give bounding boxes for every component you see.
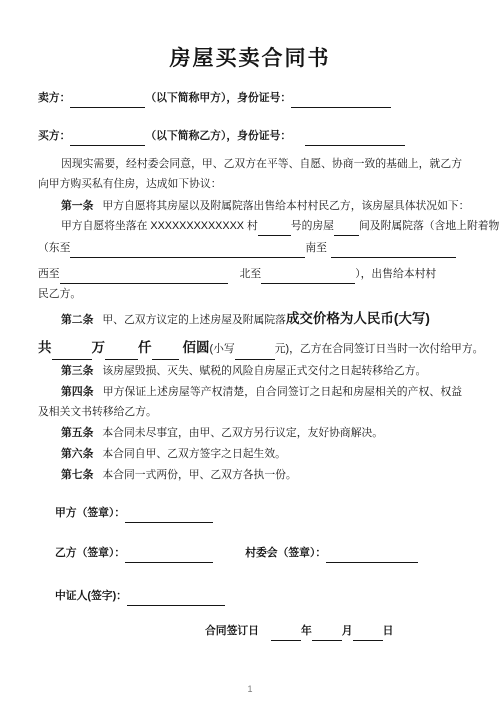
rooms-blank <box>334 224 359 236</box>
buyer-id-blank <box>305 134 405 146</box>
location-line: 甲方自愿将坐落在 XXXXXXXXXXXXX 村号的房屋间及附属院落（含地上附着… <box>38 216 462 236</box>
preamble: 因现实需要，经村委会同意，甲、乙双方在平等、自愿、协商一致的基础上，就乙方向甲方… <box>38 154 462 194</box>
party-b-signature-line: 乙方（签章）：村委会（签章）： <box>38 543 462 563</box>
boundary-east-south-line: （东至南至 <box>38 238 462 258</box>
article-2: 第二条甲、乙双方议定的上述房屋及附属院落成交价格为人民币(大写) <box>38 308 462 331</box>
amount-qian: 仟 <box>138 340 152 355</box>
party-b-signature-blank <box>125 551 213 563</box>
article-1-num: 第一条 <box>61 200 93 212</box>
east-blank <box>70 246 305 258</box>
article-1: 第一条甲方自愿将其房屋以及附属院落出售给本村村民乙方，该房屋具体状况如下： <box>38 196 462 216</box>
seller-name-blank <box>70 96 145 108</box>
article-3-num: 第三条 <box>61 365 93 377</box>
page-number: 1 <box>38 679 462 699</box>
boundary-tail: ），出售给本村村 <box>355 268 436 280</box>
article-5-num: 第五条 <box>61 427 93 439</box>
party-a-signature-blank <box>125 511 213 523</box>
south-blank <box>331 246 456 258</box>
witness-signature-blank <box>127 594 225 606</box>
buyer-name-blank <box>70 134 145 146</box>
location-pre: 甲方自愿将坐落在 XXXXXXXXXXXXX 村 <box>61 220 258 232</box>
wan-blank <box>52 348 92 360</box>
article-4-text: 甲方保证上述房屋等产权清楚，自合同签订之日起和房屋相关的产权、权益及相关文书转移… <box>38 386 462 418</box>
party-a-signature-line: 甲方（签章）： <box>38 503 462 523</box>
article-4-num: 第四条 <box>61 386 94 398</box>
day-label: 日 <box>383 625 394 637</box>
month-label: 月 <box>342 625 353 637</box>
seller-alias: （以下简称甲方），身份证号： <box>145 92 291 104</box>
party-a-label: 甲方（签章）： <box>55 507 125 519</box>
village-number-blank <box>258 224 291 236</box>
contract-page: 房屋买卖合同书 卖方：（以下简称甲方），身份证号： 买方：（以下简称乙方），身份… <box>0 0 500 699</box>
committee-label: 村委会（签章）： <box>245 547 326 559</box>
location-mid2: 间及附属院落（含地上附着物）， <box>359 220 500 232</box>
boundary-west-north-line: 西至北至），出售给本村村 <box>38 264 462 284</box>
committee-signature-blank <box>326 551 418 563</box>
west-label: 西至 <box>38 268 60 280</box>
article-4: 第四条甲方保证上述房屋等产权清楚，自合同签订之日起和房屋相关的产权、权益及相关文… <box>38 382 462 422</box>
amount-small-pre: (小写 <box>210 343 235 355</box>
day-blank <box>353 629 383 641</box>
north-blank <box>261 272 355 284</box>
bai-blank <box>152 348 179 360</box>
location-mid1: 号的房屋 <box>291 220 334 232</box>
lowercase-amount-blank <box>235 348 275 360</box>
amount-small-post: 元)，乙方在合同签订日当时一次付给甲方。 <box>275 343 484 355</box>
amount-gong: 共 <box>38 340 52 355</box>
article-5-text: 本合同未尽事宜，由甲、乙双方另行议定，友好协商解决。 <box>102 427 383 439</box>
contract-date-line: 合同签订日年月日 <box>38 621 462 641</box>
buyer-line: 买方：（以下简称乙方），身份证号： <box>38 126 462 146</box>
article-2-text: 甲、乙双方议定的上述房屋及附属院落 <box>102 314 286 326</box>
article-3: 第三条该房屋毁损、灭失、赋税的风险自房屋正式交付之日起转移给乙方。 <box>38 361 462 381</box>
south-label: 南至 <box>305 242 327 254</box>
article-2-price-bold: 成交价格为人民币(大写) <box>286 311 430 326</box>
witness-label: 中证人(签字)： <box>55 590 127 602</box>
north-label: 北至 <box>240 268 262 280</box>
buyer-label: 买方： <box>38 130 70 142</box>
buyer-alias: （以下简称乙方），身份证号： <box>145 130 291 142</box>
year-label: 年 <box>301 625 312 637</box>
amount-wan: 万 <box>92 340 106 355</box>
month-blank <box>312 629 342 641</box>
boundary-tail2: 民乙方。 <box>38 284 462 304</box>
year-blank <box>271 629 301 641</box>
date-label: 合同签订日 <box>205 625 259 637</box>
article-2-num: 第二条 <box>61 314 93 326</box>
article-6: 第六条本合同自甲、乙双方签字之日起生效。 <box>38 444 462 464</box>
article-6-text: 本合同自甲、乙双方签字之日起生效。 <box>102 448 286 460</box>
document-title: 房屋买卖合同书 <box>38 42 462 76</box>
article-7: 第七条本合同一式两份，甲、乙双方各执一份。 <box>38 465 462 485</box>
party-b-label: 乙方（签章）： <box>55 547 125 559</box>
east-label: （东至 <box>38 242 70 254</box>
seller-id-blank <box>291 96 391 108</box>
amount-line: 共万仟佰圆(小写元)，乙方在合同签订日当时一次付给甲方。 <box>38 337 462 360</box>
article-5: 第五条本合同未尽事宜，由甲、乙双方另行议定，友好协商解决。 <box>38 423 462 443</box>
witness-signature-line: 中证人(签字)： <box>38 586 462 606</box>
seller-line: 卖方：（以下简称甲方），身份证号： <box>38 88 462 108</box>
seller-label: 卖方： <box>38 92 70 104</box>
article-1-text: 甲方自愿将其房屋以及附属院落出售给本村村民乙方，该房屋具体状况如下： <box>102 200 469 212</box>
qian-blank <box>105 348 138 360</box>
west-blank <box>60 272 228 284</box>
article-7-num: 第七条 <box>61 469 93 481</box>
amount-bai: 佰圆 <box>183 340 210 355</box>
article-6-num: 第六条 <box>61 448 93 460</box>
article-3-text: 该房屋毁损、灭失、赋税的风险自房屋正式交付之日起转移给乙方。 <box>102 365 426 377</box>
article-7-text: 本合同一式两份，甲、乙双方各执一份。 <box>102 469 296 481</box>
